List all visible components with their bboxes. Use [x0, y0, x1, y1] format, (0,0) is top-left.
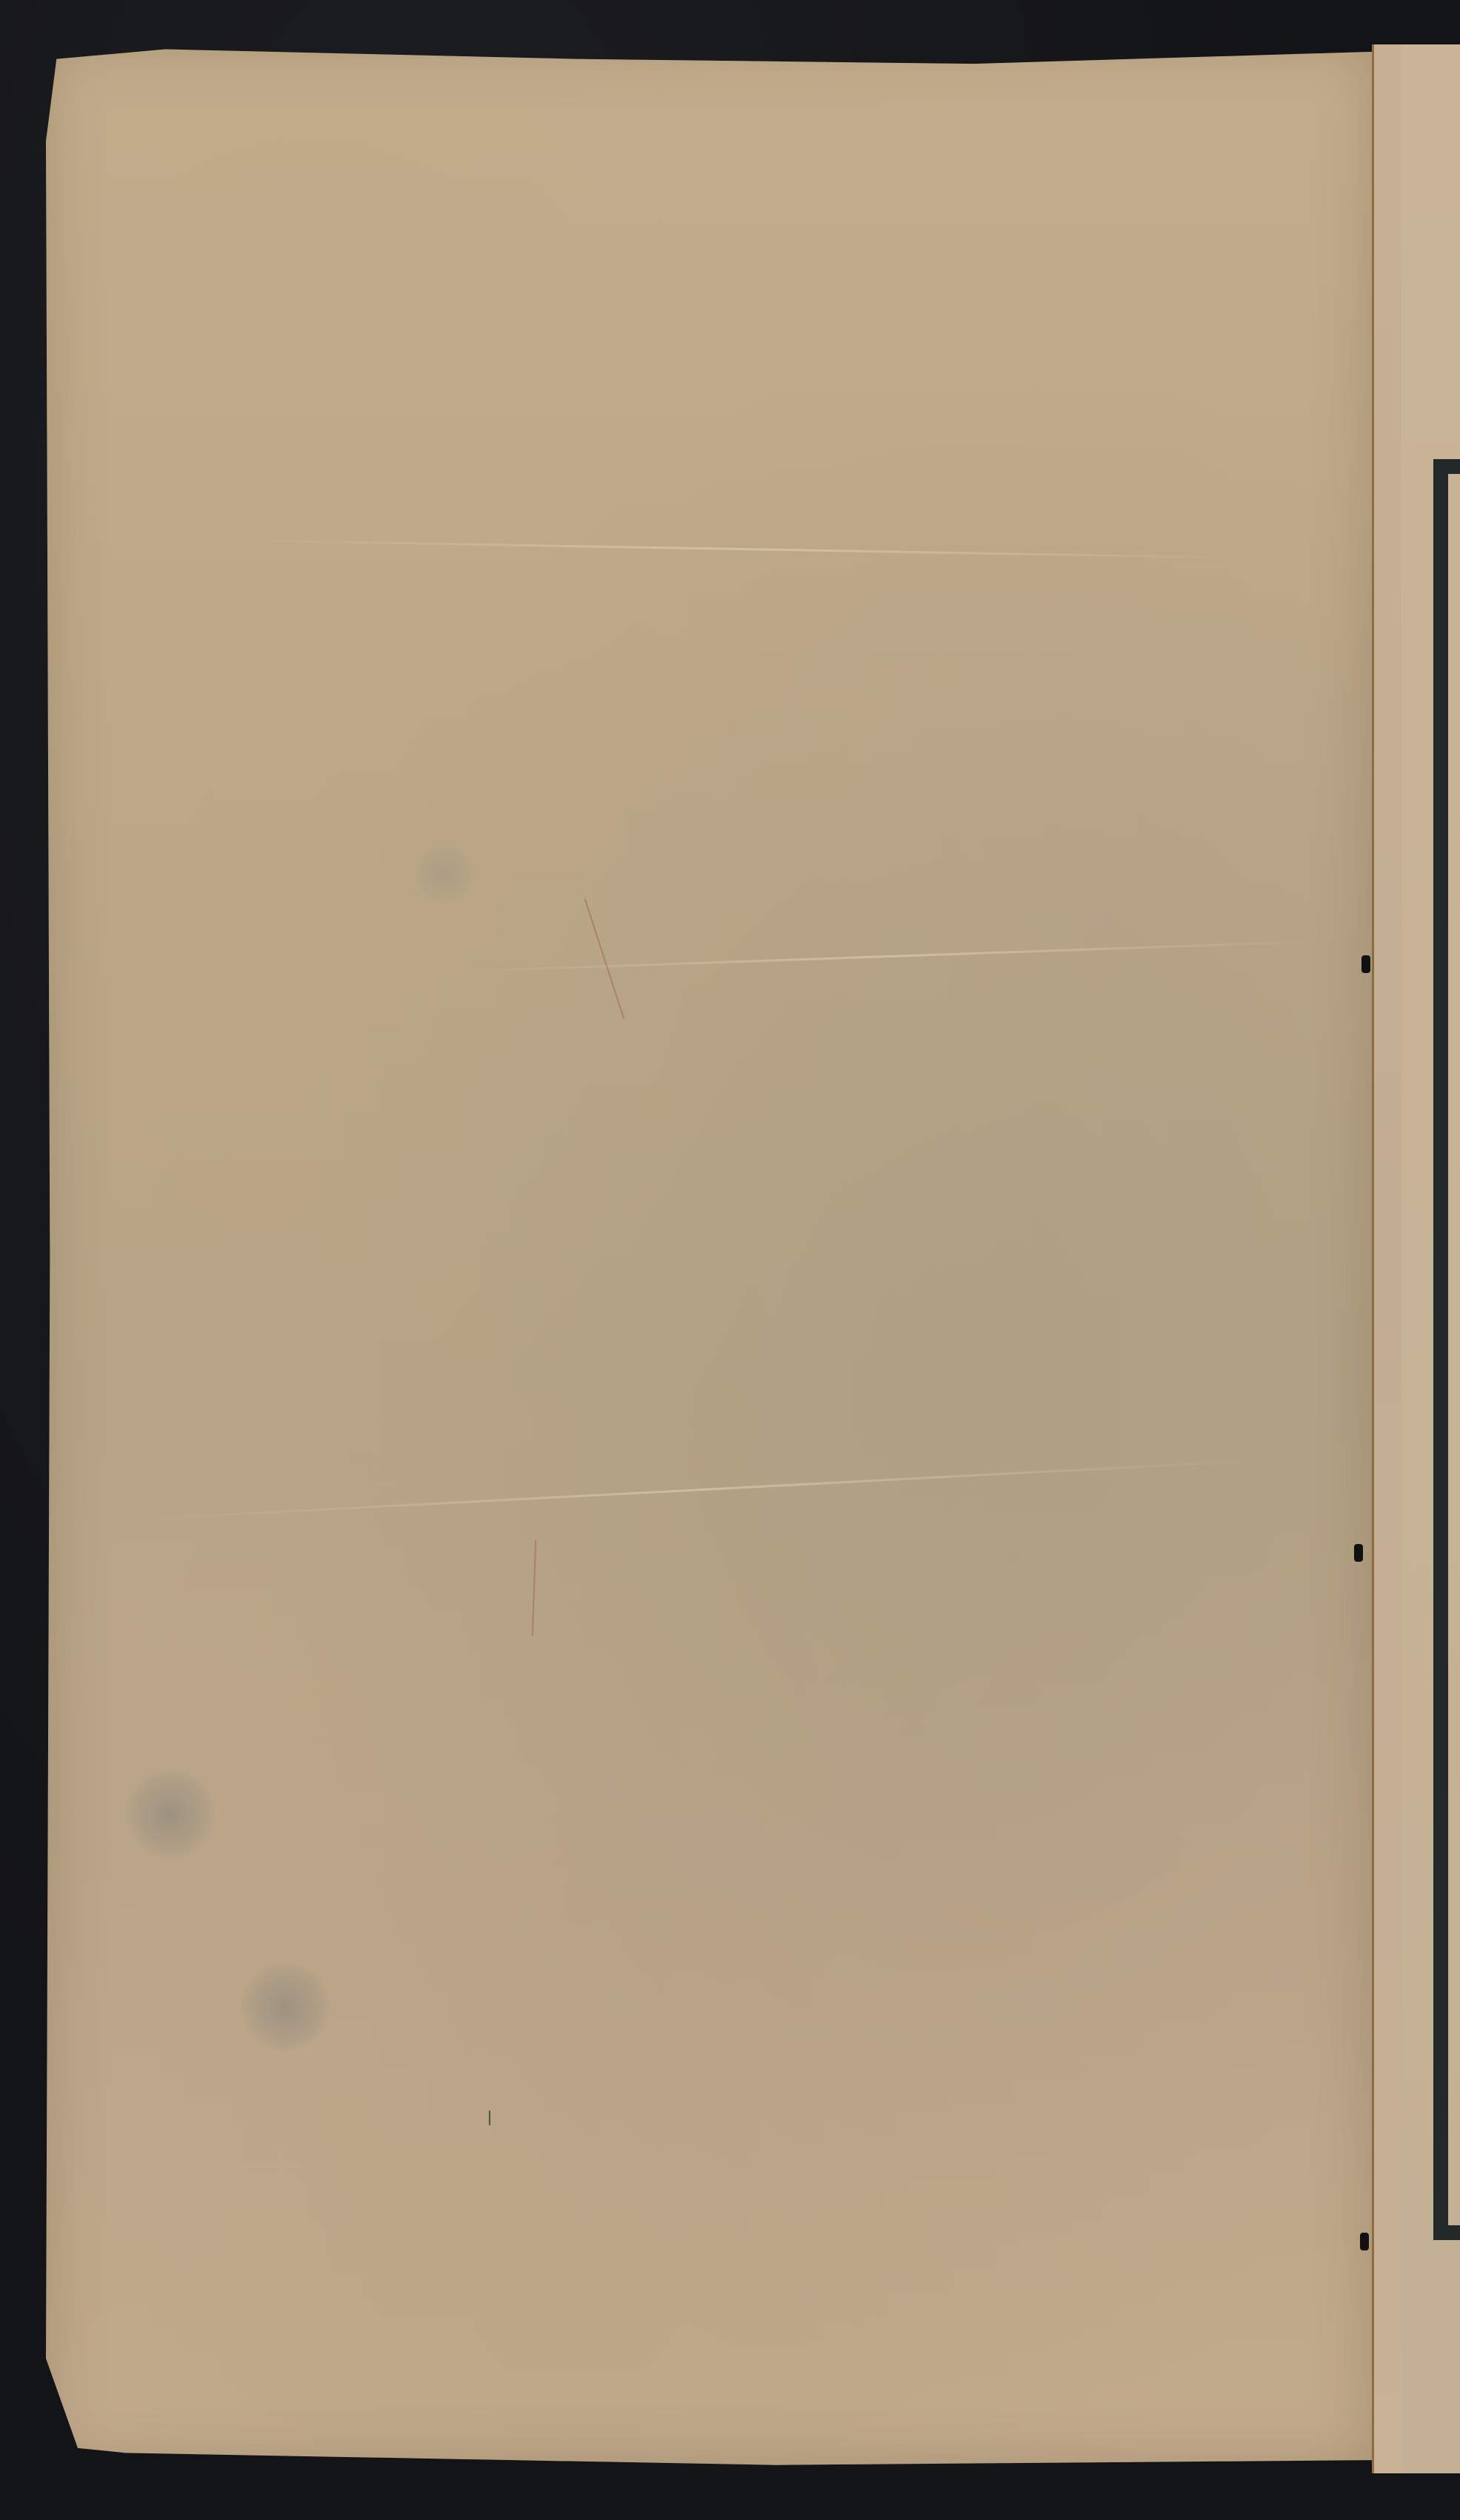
paper-stain: [241, 1962, 330, 2051]
blank-page-leaf: [46, 44, 1372, 2467]
paper-stain: [126, 1770, 215, 1859]
printed-frame-border: [1433, 459, 1460, 2240]
scan-background: [0, 0, 1460, 2520]
paper-fiber: [489, 2110, 490, 2125]
binding-hole: [1361, 955, 1370, 973]
binding-hole: [1360, 2233, 1369, 2250]
paper-stain: [415, 844, 474, 903]
binding-hole: [1354, 1544, 1363, 1562]
